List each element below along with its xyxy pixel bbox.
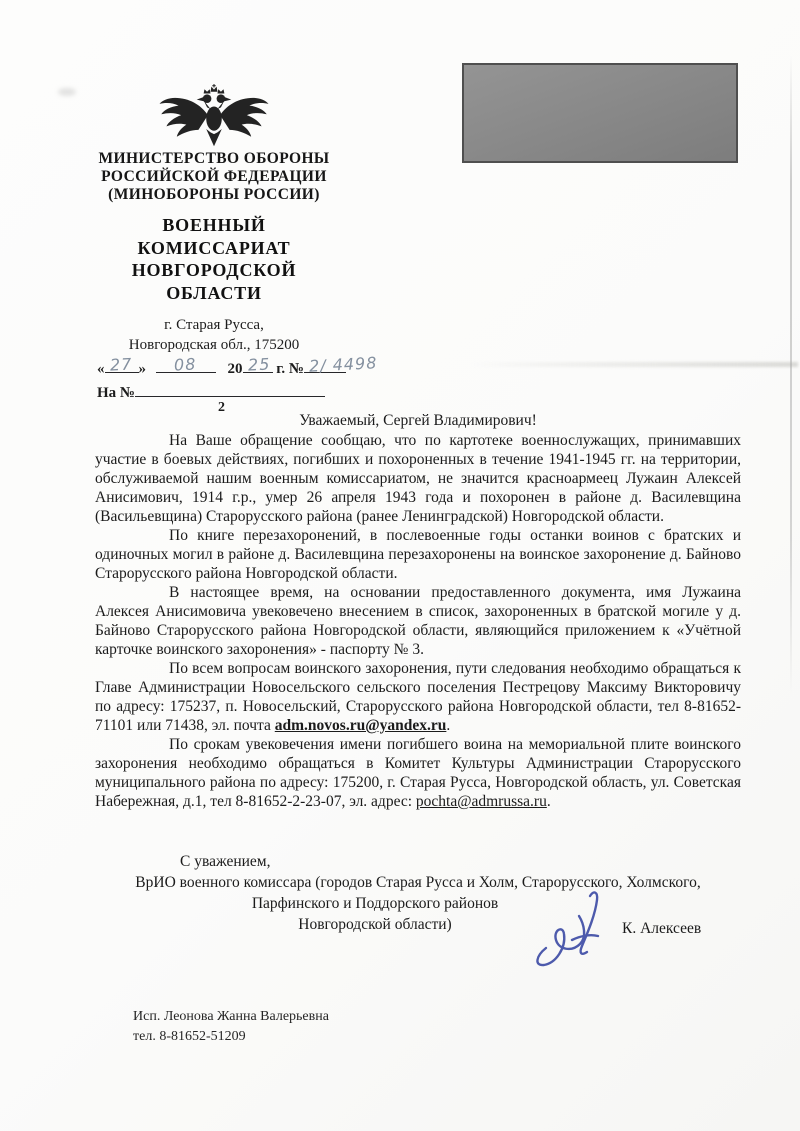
month-blank: 08 xyxy=(156,357,216,373)
commissariat-line: ВОЕННЫЙ xyxy=(68,214,360,237)
executor-name: Исп. Леонова Жанна Валерьевна xyxy=(133,1007,329,1027)
handwritten-signature xyxy=(532,886,624,974)
day-blank: 27 xyxy=(105,357,139,373)
outgoing-date-number-line: «27» 08 2025 г. №2/ 4498 xyxy=(97,357,346,378)
paragraph-5-end: . xyxy=(547,793,551,810)
commissariat-name-block: ВОЕННЫЙ КОМИССАРИАТ НОВГОРОДСКОЙ ОБЛАСТИ xyxy=(68,214,360,304)
letterhead: МИНИСТЕРСТВО ОБОРОНЫ РОССИЙСКОЙ ФЕДЕРАЦИ… xyxy=(68,84,360,355)
number-blank: 2/ 4498 xyxy=(304,357,346,373)
scanned-letter-page: МИНИСТЕРСТВО ОБОРОНЫ РОССИЙСКОЙ ФЕДЕРАЦИ… xyxy=(0,0,800,1131)
executor-footer: Исп. Леонова Жанна Валерьевна тел. 8-816… xyxy=(133,1007,329,1047)
paragraph-4: По всем вопросам воинского захоронения, … xyxy=(95,659,741,735)
scan-crease-line xyxy=(470,362,798,367)
number-label: г. № xyxy=(276,361,304,377)
reply-label: На № xyxy=(97,385,135,401)
reply-blank xyxy=(135,381,325,397)
year-century: 20 xyxy=(228,361,243,377)
commissariat-line: ОБЛАСТИ xyxy=(68,282,360,305)
scan-edge-shadow xyxy=(790,55,792,695)
quote-close: » xyxy=(139,361,147,377)
letterhead-address: г. Старая Русса, Новгородская обл., 1752… xyxy=(68,315,360,355)
signer-name: К. Алексеев xyxy=(622,920,701,938)
email-address-novoselsky: adm.novos.ru@yandex.ru xyxy=(275,717,447,734)
commissariat-line: НОВГОРОДСКОЙ xyxy=(68,259,360,282)
signoff-title-line: ВрИО военного комиссара (городов Старая … xyxy=(95,872,741,893)
reply-to-line: На № xyxy=(97,381,325,402)
email-address-admrussa: pochta@admrussa.ru xyxy=(416,793,547,810)
ministry-line: (МИНОБОРОНЫ РОССИИ) xyxy=(68,186,360,204)
address-line: Новгородская обл., 175200 xyxy=(68,335,360,355)
handwritten-month: 08 xyxy=(173,354,196,374)
paragraph-1: На Ваше обращение сообщаю, что по картот… xyxy=(95,431,741,526)
executor-phone: тел. 8-81652-51209 xyxy=(133,1027,329,1047)
handwritten-year: 25 xyxy=(247,354,270,374)
paragraph-5: По срокам увековечения имени погибшего в… xyxy=(95,735,741,811)
salutation: Уважаемый, Сергей Владимирович! xyxy=(95,411,741,430)
ministry-line: РОССИЙСКОЙ ФЕДЕРАЦИИ xyxy=(68,168,360,186)
paragraph-2: По книге перезахоронений, в послевоенные… xyxy=(95,526,741,583)
quote-open: « xyxy=(97,361,105,377)
ministry-line: МИНИСТЕРСТВО ОБОРОНЫ xyxy=(68,150,360,168)
address-line: г. Старая Русса, xyxy=(68,315,360,335)
paragraph-3: В настоящее время, на основании предоста… xyxy=(95,583,741,659)
signoff-respectfully: С уважением, xyxy=(95,851,741,872)
handwritten-number: 2/ 4498 xyxy=(309,353,378,376)
letter-body: Уважаемый, Сергей Владимирович! На Ваше … xyxy=(95,411,741,811)
redaction-box xyxy=(462,63,738,163)
mod-eagle-emblem-icon xyxy=(155,84,273,148)
paragraph-4-end: . xyxy=(446,717,450,734)
ministry-name-block: МИНИСТЕРСТВО ОБОРОНЫ РОССИЙСКОЙ ФЕДЕРАЦИ… xyxy=(68,150,360,204)
handwritten-day: 27 xyxy=(109,354,132,374)
year-blank: 25 xyxy=(243,357,273,373)
commissariat-line: КОМИССАРИАТ xyxy=(68,237,360,260)
